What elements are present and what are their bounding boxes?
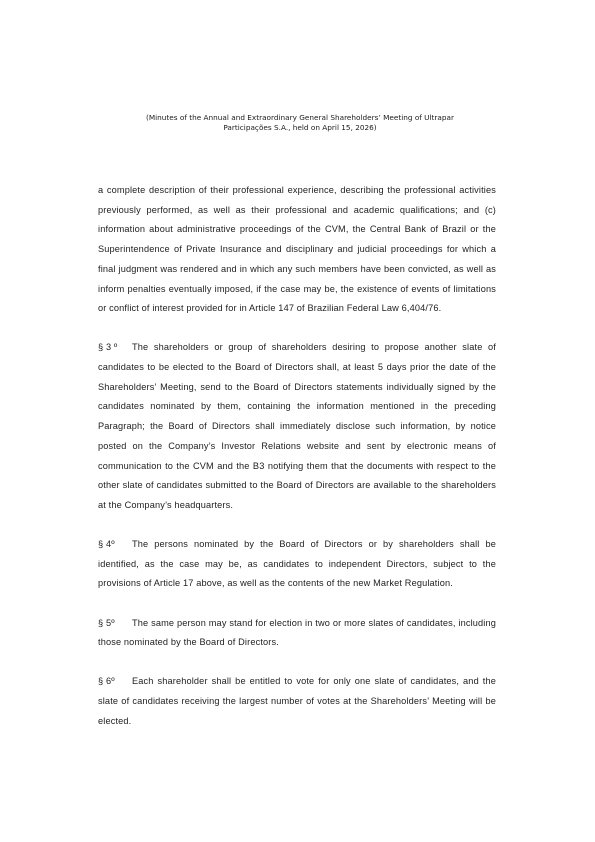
paragraph-text: The same person may stand for election i… <box>98 618 496 648</box>
document-page: (Minutes of the Annual and Extraordinary… <box>0 0 595 842</box>
paragraph-text: The persons nominated by the Board of Di… <box>98 539 496 588</box>
paragraph-section-6: § 6ºEach shareholder shall be entitled t… <box>98 672 496 731</box>
document-body: a complete description of their professi… <box>98 181 496 751</box>
paragraph-text: The shareholders or group of shareholder… <box>98 342 496 510</box>
section-mark: § 4º <box>98 535 132 555</box>
section-mark: § 6º <box>98 672 132 692</box>
section-mark: § 5º <box>98 614 132 634</box>
section-mark: § 3 º <box>98 338 132 358</box>
paragraph-text: a complete description of their professi… <box>98 185 496 313</box>
header-line-2: Participações S.A., held on April 15, 20… <box>100 123 500 133</box>
paragraph-section-3: § 3 ºThe shareholders or group of shareh… <box>98 338 496 515</box>
paragraph-continuation: a complete description of their professi… <box>98 181 496 319</box>
header-line-1: (Minutes of the Annual and Extraordinary… <box>100 113 500 123</box>
paragraph-section-4: § 4ºThe persons nominated by the Board o… <box>98 535 496 594</box>
paragraph-section-5: § 5ºThe same person may stand for electi… <box>98 614 496 653</box>
paragraph-text: Each shareholder shall be entitled to vo… <box>98 676 496 725</box>
page-header: (Minutes of the Annual and Extraordinary… <box>100 113 500 132</box>
